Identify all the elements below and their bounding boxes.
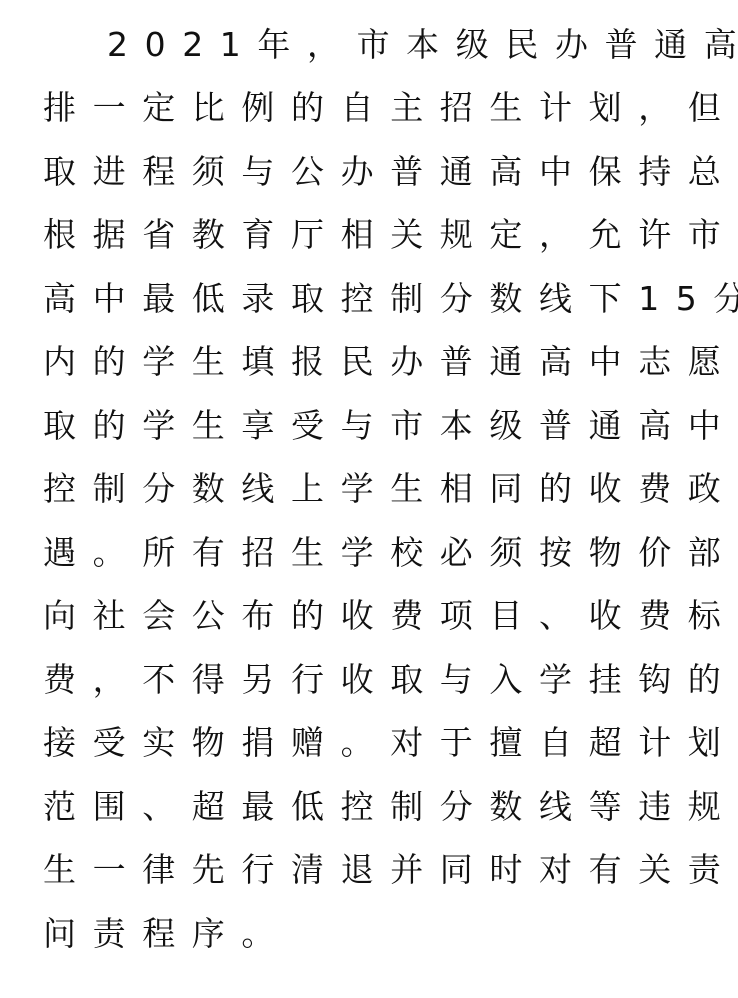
text-line-11: 费，不得另行收取与入学挂钩的赞助费或: [43, 648, 738, 712]
text-line-8: 控制分数线上学生相同的收费政策和待: [43, 457, 738, 521]
text-line-6: 内的学生填报民办普通高中志愿，降分录: [43, 330, 738, 394]
text-line-2: 排一定比例的自主招生计划，但其招生录: [43, 76, 738, 140]
text-line-3: 取进程须与公办普通高中保持总体同步。: [43, 140, 738, 204]
text-line-1: 2021年，市本级民办普通高中继续安: [107, 13, 738, 77]
text-line-5: 高中最低录取控制分数线下15分（含）以: [43, 267, 738, 331]
text-line-4: 根据省教育厅相关规定，允许市本级普通: [43, 203, 738, 267]
text-line-7: 取的学生享受与市本级普通高中最低录取: [43, 394, 738, 458]
text-line-9: 遇。所有招生学校必须按物价部门批准并: [43, 521, 738, 585]
text-line-15: 问责程序。: [43, 902, 291, 966]
document-page: 2021年，市本级民办普通高中继续安 排一定比例的自主招生计划，但其招生录 取进…: [0, 0, 738, 998]
text-line-14: 生一律先行清退并同时对有关责任人启动: [43, 838, 738, 902]
text-line-10: 向社会公布的收费项目、收费标准进行收: [43, 584, 738, 648]
text-line-12: 接受实物捐赠。对于擅自超计划、超招生: [43, 711, 738, 775]
text-line-13: 范围、超最低控制分数线等违规招收的学: [43, 775, 738, 839]
